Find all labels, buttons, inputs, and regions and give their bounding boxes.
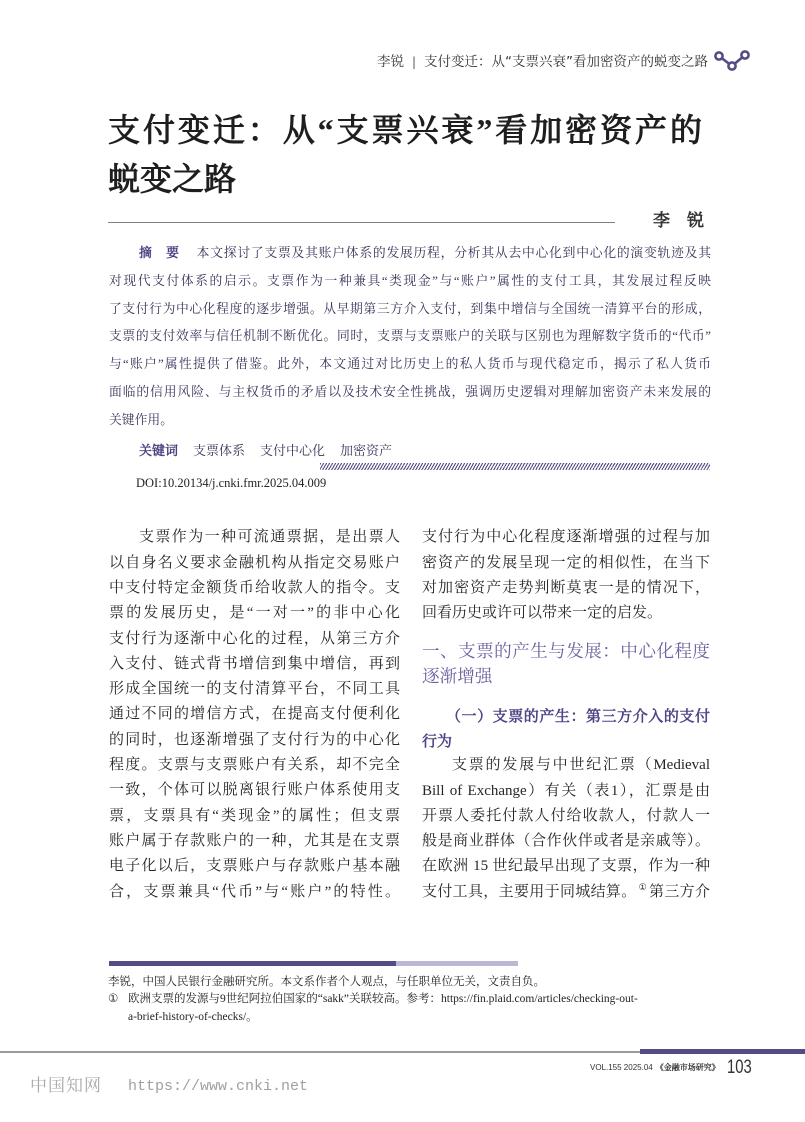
body-right-column-intro: 支付行为中心化程度逐渐增强的过程与加 密资产的发展呈现一定的相似性，在当下 对加… <box>422 525 710 626</box>
running-header-title: 支付变迁：从“支票兴衰”看加密资产的蜕变之路 <box>424 54 708 70</box>
footnote-rule-light <box>396 961 518 966</box>
article-author: 李 锐 <box>653 209 704 233</box>
body-line: 账户属于存款账户的一种，尤其是在支票 <box>109 829 400 854</box>
subsection-heading: （一）支票的产生：第三方介入的支付 行为 <box>422 704 710 755</box>
body-line: 一致，个体可以脱离银行账户体系使用支 <box>109 778 400 803</box>
watermark-url: https://www.cnki.net <box>128 1076 308 1098</box>
body-line: 开票人委托付款人付给收款人，付款人一 <box>422 804 710 829</box>
body-line: 回看历史或许可以带来一定的启发。 <box>422 601 710 626</box>
footnote-marker: ① <box>108 991 118 1009</box>
body-left-column: 支票作为一种可流通票据，是出票人 以自身名义要求金融机构从指定交易账户 中支付特… <box>109 525 400 904</box>
keywords: 关键词支票体系支付中心化加密资产 <box>139 440 392 463</box>
body-line: 通过不同的增信方式，在提高支付便利化 <box>109 702 400 727</box>
body-line: 支付行为逐渐中心化的过程，从第三方介 <box>109 627 400 652</box>
body-line: 电子化以后，支票账户与存款账户基本融 <box>109 854 400 879</box>
body-line: 在欧洲 15 世纪最早出现了支票，作为一种 <box>422 854 710 879</box>
abstract-line: 支票的支付效率与信任机制不断优化。同时，支票与支票账户的关联与区别也为理解数字货… <box>109 323 711 351</box>
keyword: 支付中心化 <box>260 443 325 458</box>
body-line: 票，支票具有“类现金”的属性；但支票 <box>109 804 400 829</box>
article-title-line-2: 蜕变之路 <box>108 155 702 204</box>
footnote-1-line-2: a-brief-history-of-checks/。 <box>128 1009 258 1027</box>
body-line: 支付行为中心化程度逐渐增强的过程与加 <box>422 525 710 550</box>
body-line: 般是商业群体（合作伙伴或者是亲戚等）。 <box>422 829 710 854</box>
subsection-heading-line: 行为 <box>422 729 710 754</box>
running-header-separator: | <box>412 55 416 69</box>
footnote-reference: ① <box>639 882 647 892</box>
body-line: 合，支票兼具“代币”与“账户”的特性。 <box>109 880 400 905</box>
abstract-line: 对现代支付体系的启示。支票作为一种兼具“类现金”与“账户”属性的支付工具，其发展… <box>109 268 711 296</box>
keyword: 支票体系 <box>193 443 245 458</box>
body-line: 中支付特定金额货币给收款人的指令。支 <box>109 576 400 601</box>
abstract-line: 与“账户”属性提供了借鉴。此外，本文通过对比历史上的私人货币与现代稳定币，揭示了… <box>109 351 711 379</box>
keywords-label: 关键词 <box>139 444 178 459</box>
footnote-rule-dark <box>109 961 396 966</box>
body-line: 支票作为一种可流通票据，是出票人 <box>109 525 400 550</box>
abstract-text: 本文探讨了支票及其账户体系的发展历程，分析其从去中心化到中心化的演变轨迹及其 <box>197 246 711 260</box>
keyword: 加密资产 <box>340 443 392 458</box>
body-line: 密资产的发展呈现一定的相似性，在当下 <box>422 551 710 576</box>
section-heading-line: 一、支票的产生与发展：中心化程度 <box>422 640 710 665</box>
node-connector-icon <box>713 48 751 74</box>
abstract-line: 了支付行为中心化程度的逐步增强。从早期第三方介入支付，到集中增信与全国统一清算平… <box>109 296 711 324</box>
body-line: 支付工具，主要用于同城结算。①第三方介 <box>422 880 710 905</box>
body-line: 形成全国统一的支付清算平台，不同工具 <box>109 677 400 702</box>
body-line: 票的发展历史，是“一对一”的非中心化 <box>109 601 400 626</box>
section-heading-line: 逐渐增强 <box>422 665 710 690</box>
doi: DOI:10.20134/j.cnki.fmr.2025.04.009 <box>136 474 326 492</box>
footer-rule <box>0 1051 640 1053</box>
article-title-line-1: 支付变迁：从“支票兴衰”看加密资产的 <box>108 106 702 155</box>
body-line: 对加密资产走势判断莫衷一是的情况下， <box>422 576 710 601</box>
section-heading: 一、支票的产生与发展：中心化程度 逐渐增强 <box>422 640 710 690</box>
body-line: 支票的发展与中世纪汇票（Medieval <box>422 753 710 778</box>
body-line-text: 第三方介 <box>649 884 710 900</box>
page-number: 103 <box>727 1057 752 1079</box>
footnote-url[interactable]: a-brief-history-of-checks/ <box>128 1011 246 1023</box>
footer-issue-info: VOL.155 2025.04《金融市场研究》 <box>590 1063 720 1073</box>
body-line: 入支付、链式背书增信到集中增信，再到 <box>109 652 400 677</box>
hatched-divider <box>320 463 710 470</box>
body-line: Bill of Exchange）有关（表1），汇票是由 <box>422 779 710 804</box>
abstract-line: 摘 要本文探讨了支票及其账户体系的发展历程，分析其从去中心化到中心化的演变轨迹及… <box>109 240 711 268</box>
body-line: 的同时，也逐渐增强了支付行为的中心化 <box>109 728 400 753</box>
body-line: 以自身名义要求金融机构从指定交易账户 <box>109 551 400 576</box>
footnote-trailing: 。 <box>246 1011 258 1023</box>
footnote-text: 欧洲支票的发源与9世纪阿拉伯国家的“sakk”关联较高。参考： <box>128 993 441 1005</box>
footer-volume: VOL.155 2025.04 <box>590 1063 653 1072</box>
author-affiliation-note: 李锐，中国人民银行金融研究所。本文系作者个人观点，与任职单位无关，文责自负。 <box>108 974 545 992</box>
footer-accent-bar <box>640 1049 805 1054</box>
body-right-column-paragraph: 支票的发展与中世纪汇票（Medieval Bill of Exchange）有关… <box>422 753 710 905</box>
body-line: 程度。支票与支票账户有关系，却不完全 <box>109 753 400 778</box>
body-line-text: 支付工具，主要用于同城结算。 <box>422 884 637 900</box>
title-divider <box>108 222 615 223</box>
abstract: 摘 要本文探讨了支票及其账户体系的发展历程，分析其从去中心化到中心化的演变轨迹及… <box>109 240 711 435</box>
footer-journal: 《金融市场研究》 <box>656 1063 720 1072</box>
running-header: 李锐|支付变迁：从“支票兴衰”看加密资产的蜕变之路 <box>377 52 708 72</box>
abstract-line: 面临的信用风险、与主权货币的矛盾以及技术安全性挑战，强调历史逻辑对理解加密资产未… <box>109 379 711 407</box>
footnote-url[interactable]: https://fin.plaid.com/articles/checking-… <box>441 993 638 1005</box>
running-header-author: 李锐 <box>377 54 404 70</box>
footnote-1-line-1: 欧洲支票的发源与9世纪阿拉伯国家的“sakk”关联较高。参考：https://f… <box>128 991 638 1009</box>
article-title: 支付变迁：从“支票兴衰”看加密资产的 蜕变之路 <box>108 106 702 204</box>
subsection-heading-line: （一）支票的产生：第三方介入的支付 <box>422 704 710 729</box>
watermark-site-name: 中国知网 <box>30 1075 102 1097</box>
abstract-line: 关键作用。 <box>109 407 711 435</box>
abstract-label: 摘 要 <box>139 246 180 261</box>
